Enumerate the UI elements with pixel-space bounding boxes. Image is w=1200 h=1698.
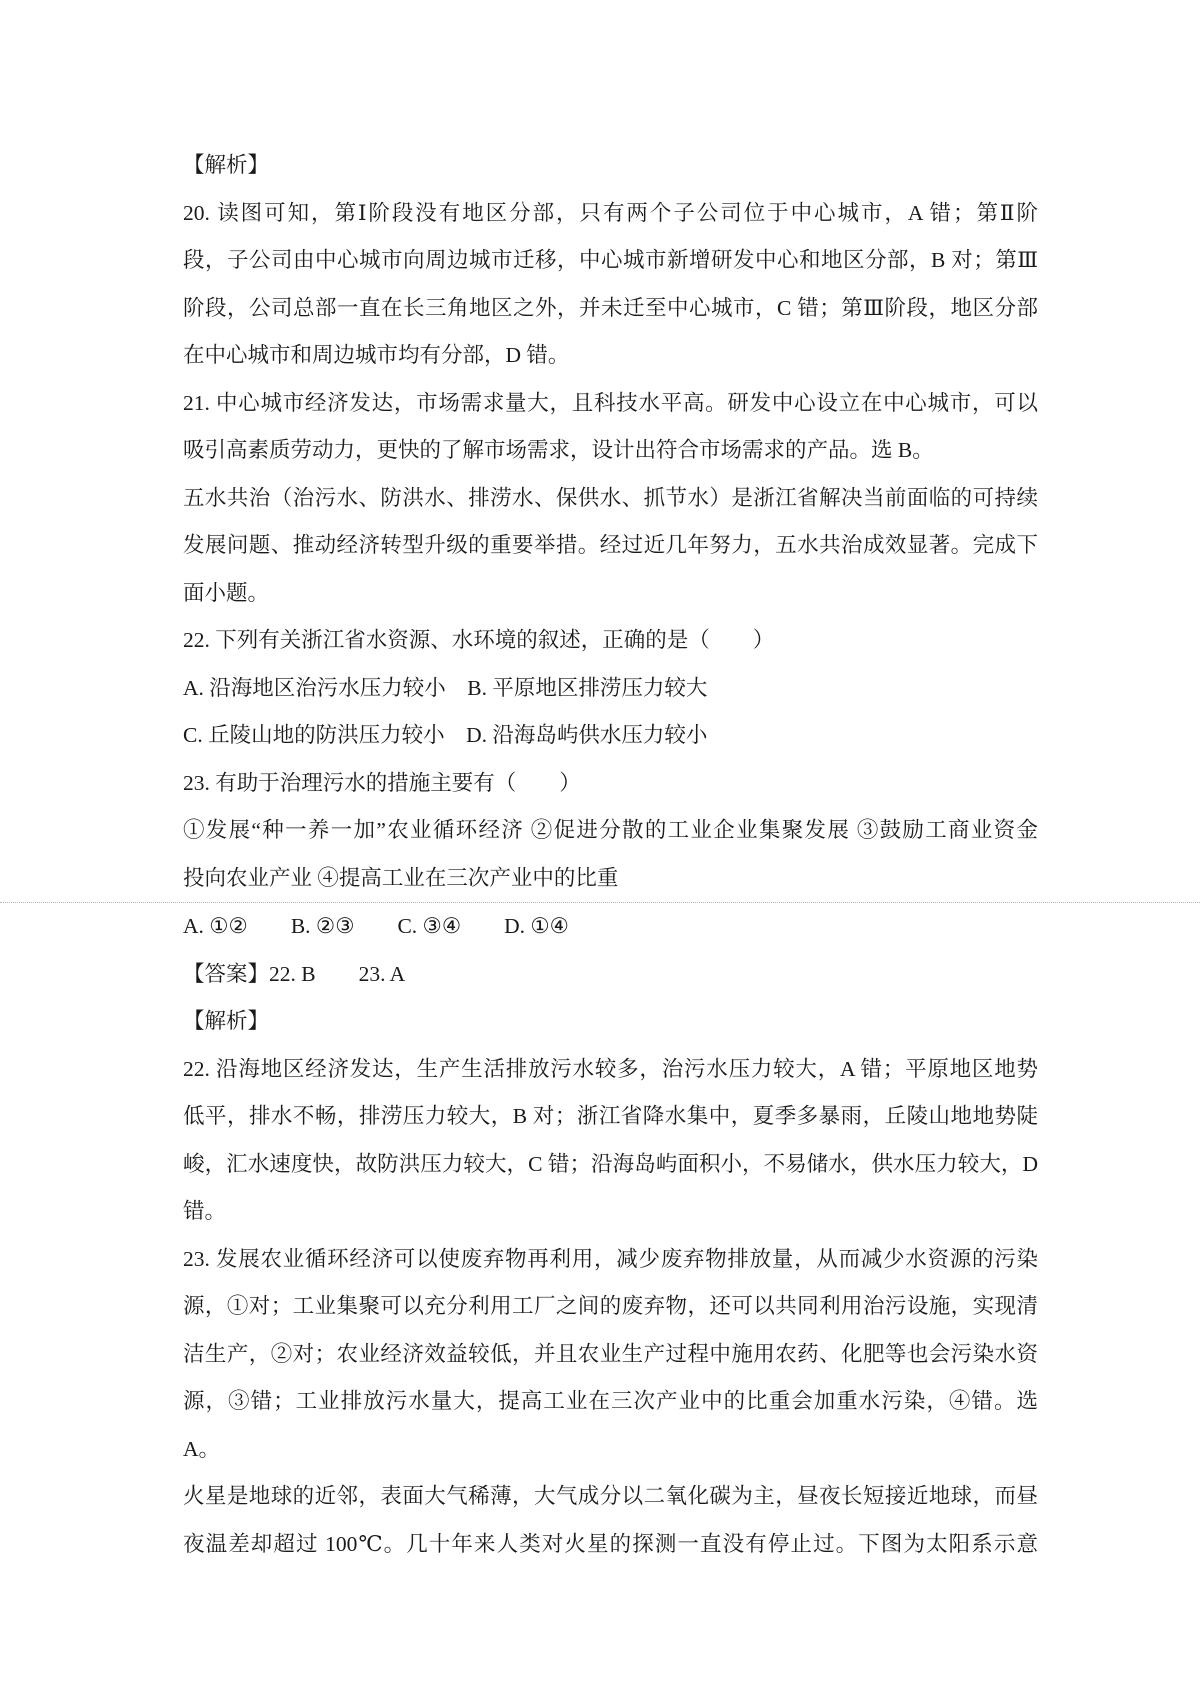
text-line: 吸引高素质劳动力，更快的了解市场需求，设计出符合市场需求的产品。选 B。 bbox=[183, 427, 1038, 475]
text-line: 【解析】 bbox=[183, 142, 1038, 190]
text-line: 20. 读图可知，第Ⅰ阶段没有地区分部，只有两个子公司位于中心城市，A 错；第Ⅱ… bbox=[183, 190, 1038, 238]
text-line: 段，子公司由中心城市向周边城市迁移，中心城市新增研发中心和地区分部，B 对；第Ⅲ bbox=[183, 237, 1038, 285]
text-line: ①发展“种一养一加”农业循环经济 ②促进分散的工业企业集聚发展 ③鼓励工商业资金 bbox=[183, 807, 1038, 855]
text-line: 21. 中心城市经济发达，市场需求量大，且科技水平高。研发中心设立在中心城市，可… bbox=[183, 380, 1038, 428]
text-line: 五水共治（治污水、防洪水、排涝水、保供水、抓节水）是浙江省解决当前面临的可持续 bbox=[183, 475, 1038, 523]
text-line: 23. 发展农业循环经济可以使废弃物再利用，减少废弃物排放量，从而减少水资源的污… bbox=[183, 1236, 1038, 1284]
text-line: A. 沿海地区治污水压力较小 B. 平原地区排涝压力较大 bbox=[183, 665, 1038, 713]
text-line: A。 bbox=[183, 1426, 1038, 1474]
text-line: 低平，排水不畅，排涝压力较大，B 对；浙江省降水集中，夏季多暴雨，丘陵山地地势陡 bbox=[183, 1093, 1038, 1141]
text-line: 火星是地球的近邻，表面大气稀薄，大气成分以二氧化碳为主，昼夜长短接近地球，而昼 bbox=[183, 1473, 1038, 1521]
text-line: 在中心城市和周边城市均有分部，D 错。 bbox=[183, 332, 1038, 380]
text-line: 洁生产，②对；农业经济效益较低，并且农业生产过程中施用农药、化肥等也会污染水资 bbox=[183, 1331, 1038, 1379]
text-line: 源，③错；工业排放污水量大，提高工业在三次产业中的比重会加重水污染，④错。选 bbox=[183, 1378, 1038, 1426]
text-line: C. 丘陵山地的防洪压力较小 D. 沿海岛屿供水压力较小 bbox=[183, 712, 1038, 760]
text-line: 错。 bbox=[183, 1188, 1038, 1236]
text-line: 峻，汇水速度快，故防洪压力较大，C 错；沿海岛屿面积小，不易储水，供水压力较大，… bbox=[183, 1141, 1038, 1189]
text-line: 【答案】22. B 23. A bbox=[183, 951, 1038, 999]
text-line: 22. 沿海地区经济发达，生产生活排放污水较多，治污水压力较大，A 错；平原地区… bbox=[183, 1046, 1038, 1094]
document-page: 【解析】20. 读图可知，第Ⅰ阶段没有地区分部，只有两个子公司位于中心城市，A … bbox=[0, 0, 1200, 1698]
text-line: 【解析】 bbox=[183, 998, 1038, 1046]
text-line: 发展问题、推动经济转型升级的重要举措。经过近几年努力，五水共治成效显著。完成下 bbox=[183, 522, 1038, 570]
text-line: 22. 下列有关浙江省水资源、水环境的叙述，正确的是（ ） bbox=[183, 617, 1038, 665]
text-line: 源，①对；工业集聚可以充分利用工厂之间的废弃物，还可以共同利用治污设施，实现清 bbox=[183, 1283, 1038, 1331]
text-line: 夜温差却超过 100℃。几十年来人类对火星的探测一直没有停止过。下图为太阳系示意 bbox=[183, 1521, 1038, 1569]
document-body: 【解析】20. 读图可知，第Ⅰ阶段没有地区分部，只有两个子公司位于中心城市，A … bbox=[183, 142, 1038, 1568]
text-line: A. ①② B. ②③ C. ③④ D. ①④ bbox=[183, 903, 1038, 951]
text-line: 面小题。 bbox=[183, 570, 1038, 618]
text-line: 阶段，公司总部一直在长三角地区之外，并未迁至中心城市，C 错；第Ⅲ阶段，地区分部 bbox=[183, 285, 1038, 333]
text-line: 投向农业产业 ④提高工业在三次产业中的比重 bbox=[183, 855, 1038, 903]
text-line: 23. 有助于治理污水的措施主要有（ ） bbox=[183, 760, 1038, 808]
